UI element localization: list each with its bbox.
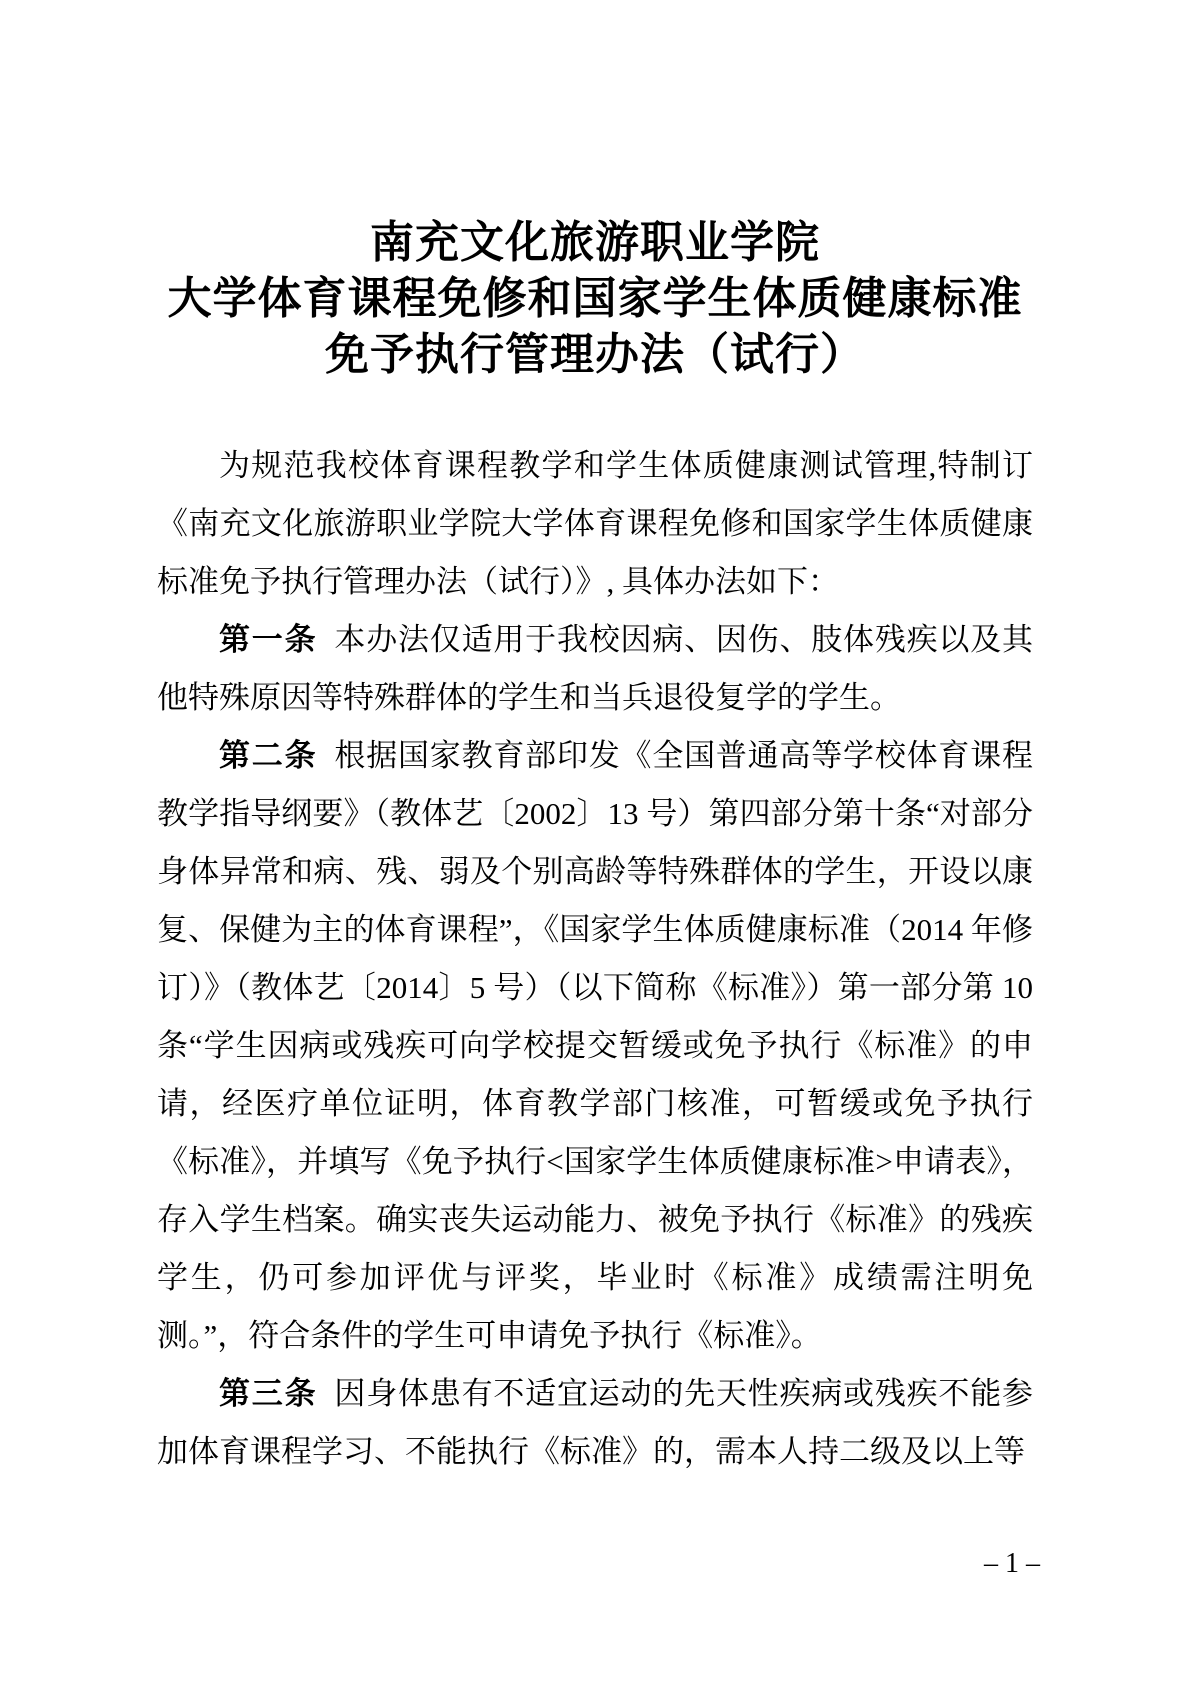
page-footer: – 1 –	[984, 1550, 1040, 1578]
document-page: 南充文化旅游职业学院 大学体育课程免修和国家学生体质健康标准 免予执行管理办法（…	[0, 0, 1190, 1683]
paragraph-article-2: 第二条根据国家教育部印发《全国普通高等学校体育课程教学指导纲要》（教体艺〔200…	[157, 727, 1033, 1365]
paragraph-article-3: 第三条因身体患有不适宜运动的先天性疾病或残疾不能参加体育课程学习、不能执行《标准…	[157, 1365, 1033, 1481]
article-3-label: 第三条	[219, 1376, 317, 1411]
paragraph-article-1: 第一条本办法仅适用于我校因病、因伤、肢体残疾以及其他特殊原因等特殊群体的学生和当…	[157, 611, 1033, 727]
article-2-label: 第二条	[219, 738, 317, 773]
title-line-1: 南充文化旅游职业学院	[157, 215, 1033, 271]
document-title: 南充文化旅游职业学院 大学体育课程免修和国家学生体质健康标准 免予执行管理办法（…	[157, 215, 1033, 383]
article-1-label: 第一条	[219, 622, 317, 657]
title-line-3: 免予执行管理办法（试行）	[157, 327, 1033, 383]
paragraph-intro-text: 为规范我校体育课程教学和学生体质健康测试管理,特制订《南充文化旅游职业学院大学体…	[157, 448, 1033, 599]
page-number: – 1 –	[984, 1548, 1040, 1579]
document-body: 为规范我校体育课程教学和学生体质健康测试管理,特制订《南充文化旅游职业学院大学体…	[157, 437, 1033, 1481]
article-2-text: 根据国家教育部印发《全国普通高等学校体育课程教学指导纲要》（教体艺〔2002〕1…	[157, 738, 1033, 1353]
paragraph-intro: 为规范我校体育课程教学和学生体质健康测试管理,特制订《南充文化旅游职业学院大学体…	[157, 437, 1033, 611]
title-line-2: 大学体育课程免修和国家学生体质健康标准	[157, 271, 1033, 327]
